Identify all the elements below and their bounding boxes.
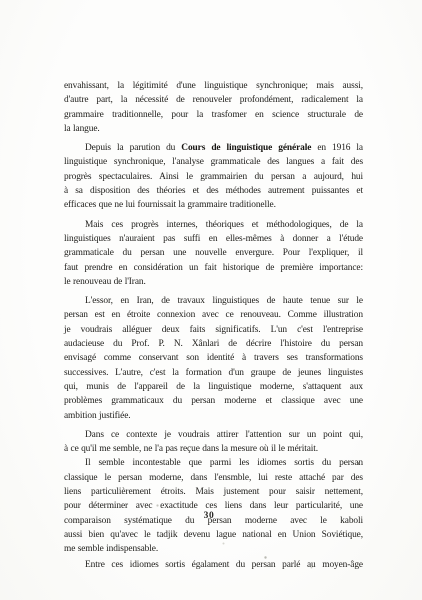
text-line: classique le persan moderne, dans l'ensm… (64, 471, 363, 485)
page-number: 30 (64, 511, 354, 521)
text-line: successives. L'autre, c'est la formation… (64, 366, 363, 380)
text-line: Mais ces progrès internes, théoriques et… (64, 218, 363, 232)
text-line: me semble indispensable. (64, 542, 363, 556)
text-line: efficaces que ne lui fournissait la gram… (64, 198, 363, 212)
paragraph: Depuis la parution du Cours de linguisti… (64, 141, 363, 212)
text-line: le renouveau de l'Iran. (64, 275, 363, 289)
text-line: la langue. (64, 122, 363, 136)
text-line: grammaire traditionnelle, pour la trasfo… (64, 108, 363, 122)
text-line: ambition justifiée. (64, 409, 363, 423)
text-line: audacieuse du Prof. P. N. Xânlari de déc… (64, 337, 363, 351)
text-line: qui, munis de l'appareil de la linguisti… (64, 380, 363, 394)
text-line: grammaticale du persan une nouvelle enve… (64, 246, 363, 260)
paragraph: Il semble incontestable que parmi les id… (64, 456, 363, 556)
paragraph: L'essor, en Iran, de travaux linguistiqu… (64, 294, 363, 423)
paragraph: Mais ces progrès internes, théoriques et… (64, 218, 363, 289)
paragraph: envahissant, la légitimité d'une linguis… (64, 79, 363, 136)
text-line: Entre ces idiomes sortis égalament du pe… (64, 558, 363, 572)
text-line: à sa disposition des théories et des mét… (64, 184, 363, 198)
text-line: progrès spectaculaires. Ainsi le grammai… (64, 170, 363, 184)
text-line: problèmes grammaticaux du persan moderne… (64, 394, 363, 408)
text-line: Dans ce contexte je voudrais attirer l'a… (64, 428, 363, 442)
text-line: Depuis la parution du Cours de linguisti… (64, 141, 363, 155)
text-line: envahissant, la légitimité d'une linguis… (64, 79, 363, 93)
paragraph: Entre ces idiomes sortis égalament du pe… (64, 558, 363, 572)
text-line: envisagé comme conservant son identité à… (64, 351, 363, 365)
text-line: linguistique synchronique, l'analyse gra… (64, 155, 363, 169)
text-line: je voudrais alléguer deux faits signific… (64, 323, 363, 337)
page-text-block: envahissant, la légitimité d'une linguis… (64, 79, 363, 572)
text-line: persan est en étroite connexion avec ce … (64, 308, 363, 322)
scanned-book-page: envahissant, la légitimité d'une linguis… (0, 0, 422, 600)
text-line: aussi bien qu'avec le tadjik devenu lagu… (64, 528, 363, 542)
scan-speck-artifacts (0, 0, 1, 1)
text-line: L'essor, en Iran, de travaux linguistiqu… (64, 294, 363, 308)
text-line: liens particulièrement étroits. Mais jus… (64, 485, 363, 499)
text-line: à ce qu'il me semble, ne l'a pas reçue d… (64, 442, 363, 456)
text-line: d'autre part, la nécessité de renouveler… (64, 93, 363, 107)
paragraph: Dans ce contexte je voudrais attirer l'a… (64, 428, 363, 457)
text-line: linguistiques n'auraient pas suffi en el… (64, 232, 363, 246)
text-line: Il semble incontestable que parmi les id… (64, 456, 363, 470)
text-line: faut prendre en considération un fait hi… (64, 261, 363, 275)
